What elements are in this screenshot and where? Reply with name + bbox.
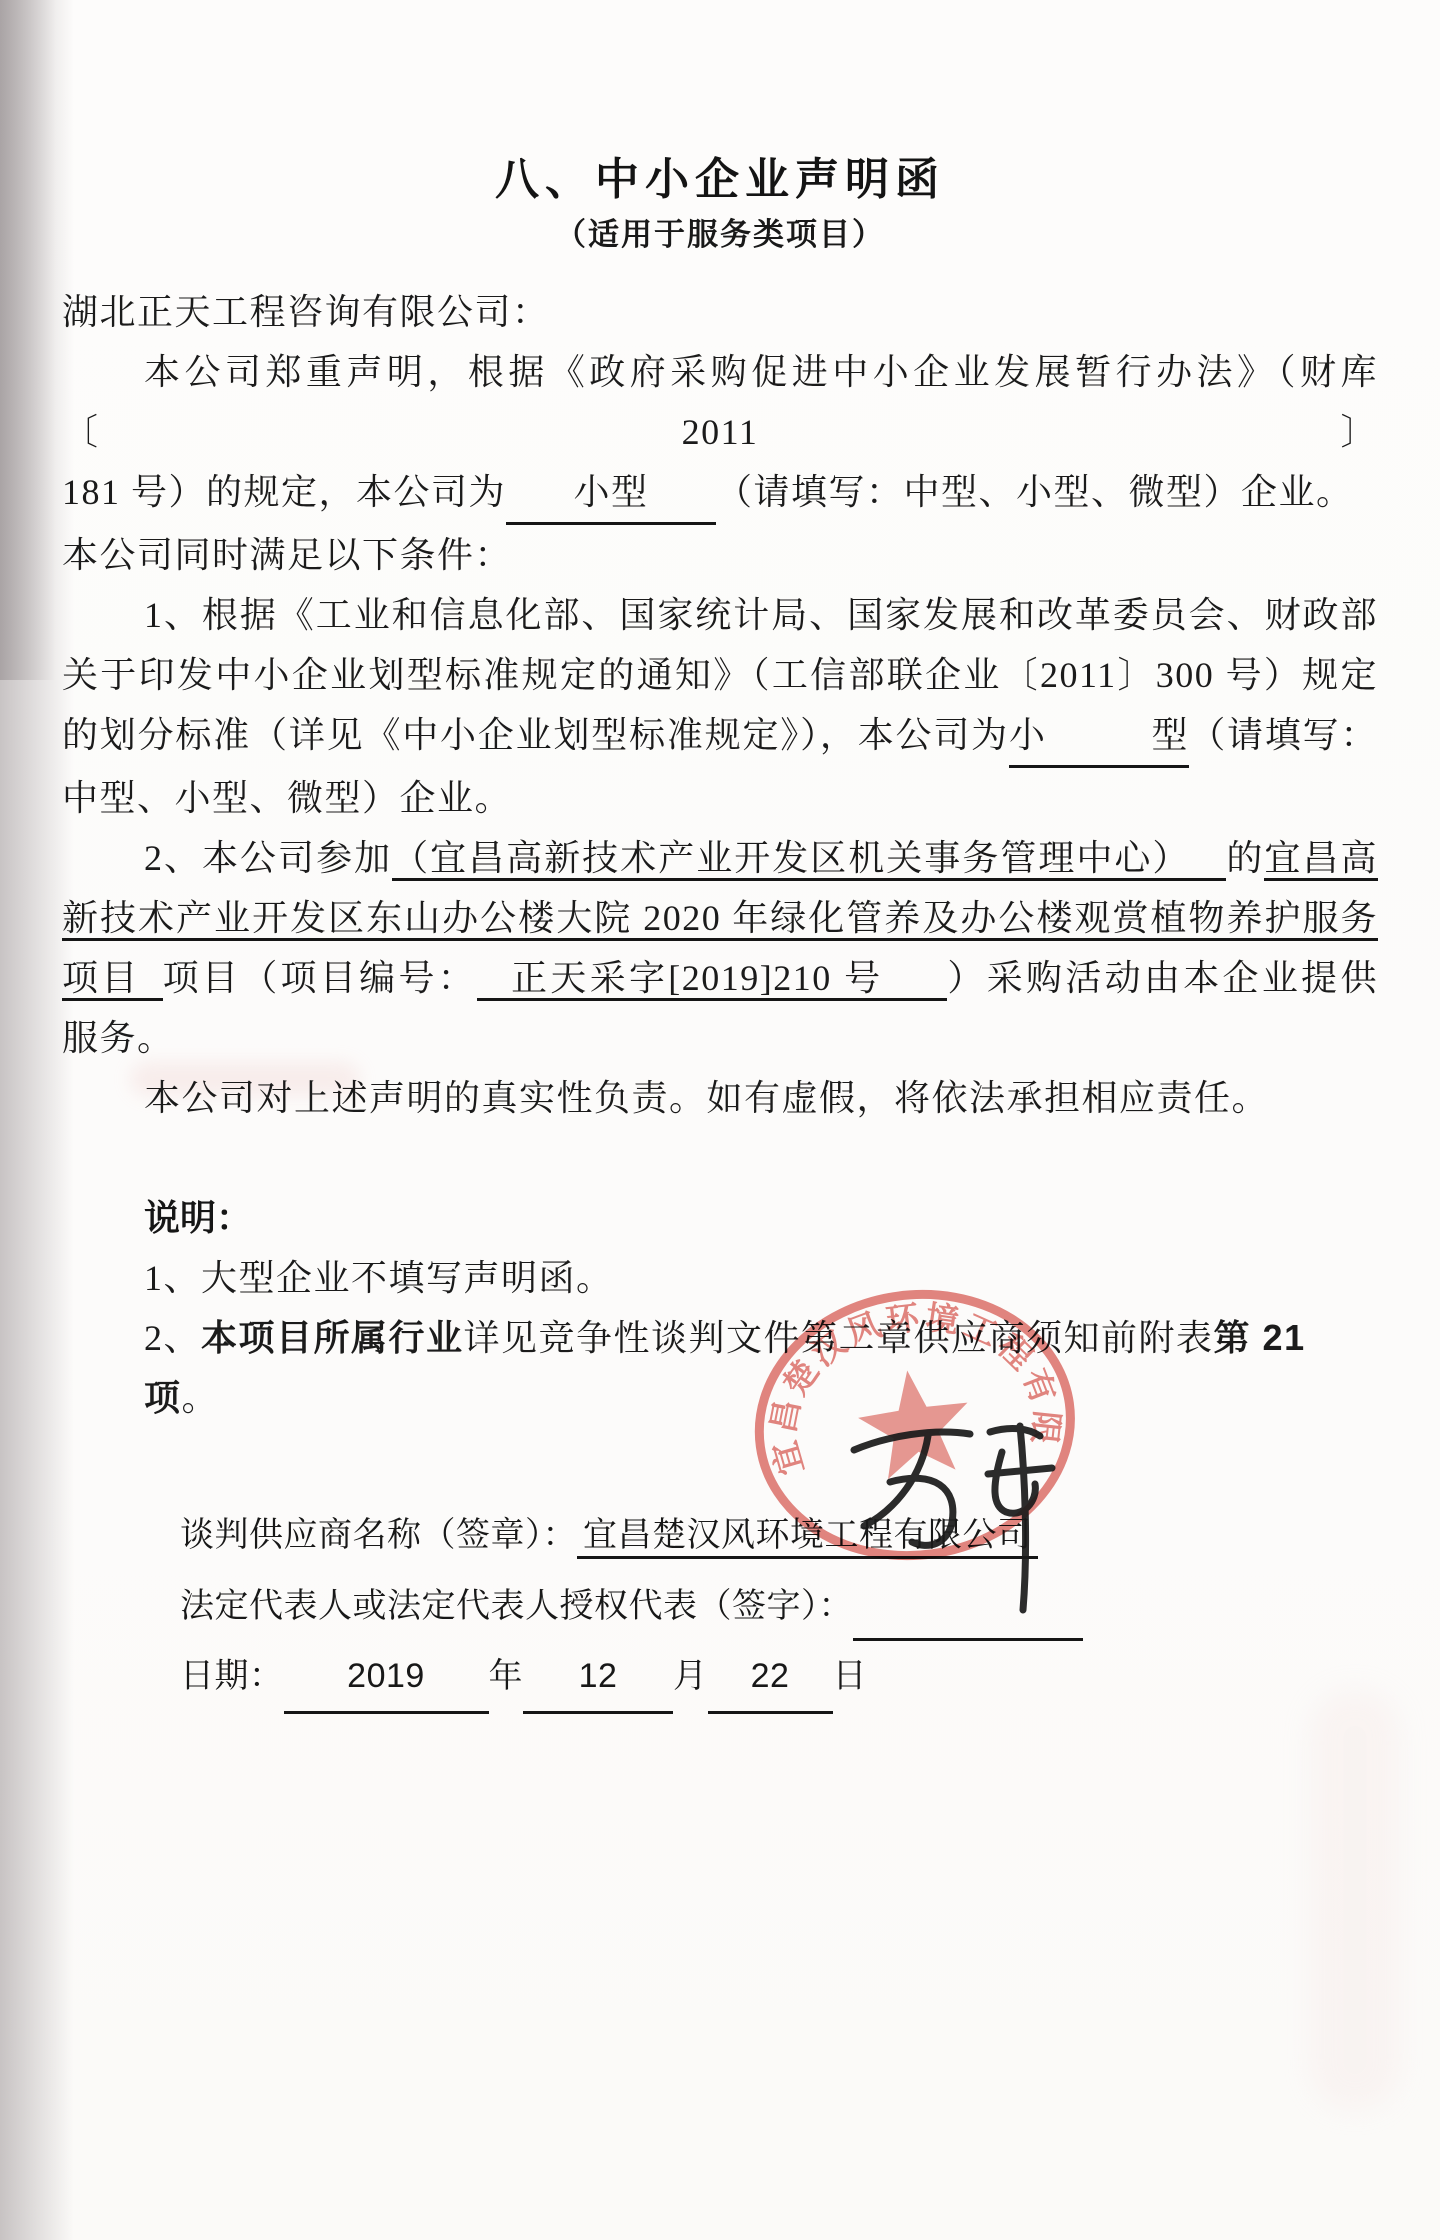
item-1-line-3: 的划分标准（详见《中小企业划型标准规定》），本公司为小型（请填写： bbox=[62, 705, 1378, 768]
text-segment: 详见竞争性谈判文件第二章供应商须知前附表 bbox=[464, 1318, 1214, 1358]
date-year-blank: 2019 bbox=[284, 1641, 489, 1714]
para-responsibility-line-1: 本公司对上述声明的真实性负责。如有虚假，将依法承担相应责任。 bbox=[62, 1068, 1378, 1128]
date-line: 日期：2019年12月22日 bbox=[180, 1641, 1378, 1714]
text-segment: 本项目所属行业 bbox=[201, 1317, 464, 1358]
fill-in-blank: 小型 bbox=[506, 462, 716, 525]
item-1-line-4: 中型、小型、微型）企业。 bbox=[62, 768, 1378, 828]
text-segment: 181 号）的规定，本公司为 bbox=[62, 472, 506, 512]
text-segment: （请填写：中型、小型、微型）企业。 bbox=[716, 472, 1354, 512]
date-month-blank: 12 bbox=[523, 1641, 673, 1714]
date-month-unit: 月 bbox=[673, 1657, 708, 1695]
date-label: 日期： bbox=[180, 1657, 284, 1695]
notes-list: 1、大型企业不填写声明函。2、本项目所属行业详见竞争性谈判文件第二章供应商须知前… bbox=[62, 1248, 1378, 1428]
date-day-blank: 22 bbox=[708, 1641, 833, 1714]
supplier-line: 谈判供应商名称（签章）：宜昌楚汉风环境工程有限公司 bbox=[180, 1500, 1378, 1571]
text-segment: 的 bbox=[1226, 838, 1264, 878]
underlined-text: 项目 bbox=[62, 958, 163, 1001]
supplier-name: 宜昌楚汉风环境工程有限公司 bbox=[577, 1517, 1038, 1559]
representative-label: 法定代表人或法定代表人授权代表（签字）： bbox=[180, 1587, 853, 1625]
underlined-text: 宜昌高 bbox=[1264, 838, 1378, 881]
date-year-unit: 年 bbox=[489, 1657, 524, 1695]
representative-line: 法定代表人或法定代表人授权代表（签字）： bbox=[180, 1571, 1378, 1641]
item-2-line-2: 新技术产业开发区东山办公楼大院 2020 年绿化管养及办公楼观赏植物养护服务 bbox=[62, 888, 1378, 948]
text-segment: 2、 bbox=[144, 1318, 201, 1358]
doc-title: 八、中小企业声明函 bbox=[62, 150, 1378, 210]
scanned-document-page: 八、中小企业声明函 （适用于服务类项目） 湖北正天工程咨询有限公司： 本公司郑重… bbox=[0, 0, 1440, 2240]
text-segment: 1、大型企业不填写声明函。 bbox=[144, 1258, 614, 1298]
underlined-text: （宜昌高新技术产业开发区机关事务管理中心） bbox=[392, 838, 1226, 881]
text-segment: 本公司郑重声明，根据《政府采购促进中小企业发展暂行办法》（财库〔2011〕 bbox=[62, 352, 1378, 452]
note-item-2: 2、本项目所属行业详见竞争性谈判文件第二章供应商须知前附表第 21 项。 bbox=[144, 1308, 1378, 1428]
document-body: 八、中小企业声明函 （适用于服务类项目） 湖北正天工程咨询有限公司： 本公司郑重… bbox=[0, 0, 1440, 1714]
text-segment: 本公司同时满足以下条件： bbox=[62, 535, 512, 575]
paragraphs: 本公司郑重声明，根据《政府采购促进中小企业发展暂行办法》（财库〔2011〕181… bbox=[62, 342, 1378, 1128]
text-segment: 1、根据《工业和信息化部、国家统计局、国家发展和改革委员会、财政部 bbox=[144, 595, 1378, 635]
notes-heading: 说明： bbox=[144, 1188, 1378, 1248]
para-responsibility: 本公司对上述声明的真实性负责。如有虚假，将依法承担相应责任。 bbox=[62, 1068, 1378, 1128]
item-1-line-2: 关于印发中小企业划型标准规定的通知》（工信部联企业〔2011〕300 号）规定 bbox=[62, 645, 1378, 705]
item-2-line-4: 服务。 bbox=[62, 1008, 1378, 1068]
text-segment: （请填写： bbox=[1189, 715, 1378, 755]
item-1-line-1: 1、根据《工业和信息化部、国家统计局、国家发展和改革委员会、财政部 bbox=[62, 585, 1378, 645]
text-segment: 项目（项目编号： bbox=[163, 958, 477, 998]
para-declaration: 本公司郑重声明，根据《政府采购促进中小企业发展暂行办法》（财库〔2011〕181… bbox=[62, 342, 1378, 585]
signature-blank bbox=[853, 1594, 1083, 1641]
para-declaration-line-3: 本公司同时满足以下条件： bbox=[62, 525, 1378, 585]
item-2: 2、本公司参加（宜昌高新技术产业开发区机关事务管理中心）的宜昌高新技术产业开发区… bbox=[62, 828, 1378, 1068]
para-declaration-line-2: 181 号）的规定，本公司为小型（请填写：中型、小型、微型）企业。 bbox=[62, 462, 1378, 525]
date-day-unit: 日 bbox=[833, 1657, 868, 1695]
item-2-line-1: 2、本公司参加（宜昌高新技术产业开发区机关事务管理中心）的宜昌高 bbox=[62, 828, 1378, 888]
supplier-label: 谈判供应商名称（签章）： bbox=[180, 1516, 577, 1554]
item-1: 1、根据《工业和信息化部、国家统计局、国家发展和改革委员会、财政部关于印发中小企… bbox=[62, 585, 1378, 828]
doc-subtitle: （适用于服务类项目） bbox=[62, 210, 1378, 260]
para-declaration-line-1: 本公司郑重声明，根据《政府采购促进中小企业发展暂行办法》（财库〔2011〕 bbox=[62, 342, 1378, 462]
fill-in-blank: 小型 bbox=[1009, 705, 1189, 768]
salutation: 湖北正天工程咨询有限公司： bbox=[62, 282, 1378, 342]
text-segment: 2、本公司参加 bbox=[144, 838, 392, 878]
underlined-text: 正天采字[2019]210 号 bbox=[477, 958, 947, 1001]
note-item-1: 1、大型企业不填写声明函。 bbox=[144, 1248, 1378, 1308]
text-segment: 服务。 bbox=[62, 1018, 175, 1058]
text-segment: 中型、小型、微型）企业。 bbox=[62, 778, 512, 818]
text-segment: ）采购活动由本企业提供 bbox=[947, 958, 1378, 998]
text-segment: 关于印发中小企业划型标准规定的通知》（工信部联企业〔2011〕300 号）规定 bbox=[62, 655, 1378, 695]
signature-block: 谈判供应商名称（签章）：宜昌楚汉风环境工程有限公司 法定代表人或法定代表人授权代… bbox=[180, 1500, 1378, 1714]
text-segment: 。 bbox=[182, 1378, 220, 1418]
ink-bleed-smudge bbox=[1310, 1690, 1400, 2110]
item-2-line-3: 项目项目（项目编号：正天采字[2019]210 号）采购活动由本企业提供 bbox=[62, 948, 1378, 1008]
underlined-text: 新技术产业开发区东山办公楼大院 2020 年绿化管养及办公楼观赏植物养护服务 bbox=[62, 898, 1378, 941]
text-segment: 本公司对上述声明的真实性负责。如有虚假，将依法承担相应责任。 bbox=[144, 1078, 1269, 1118]
text-segment: 的划分标准（详见《中小企业划型标准规定》），本公司为 bbox=[62, 715, 1009, 755]
